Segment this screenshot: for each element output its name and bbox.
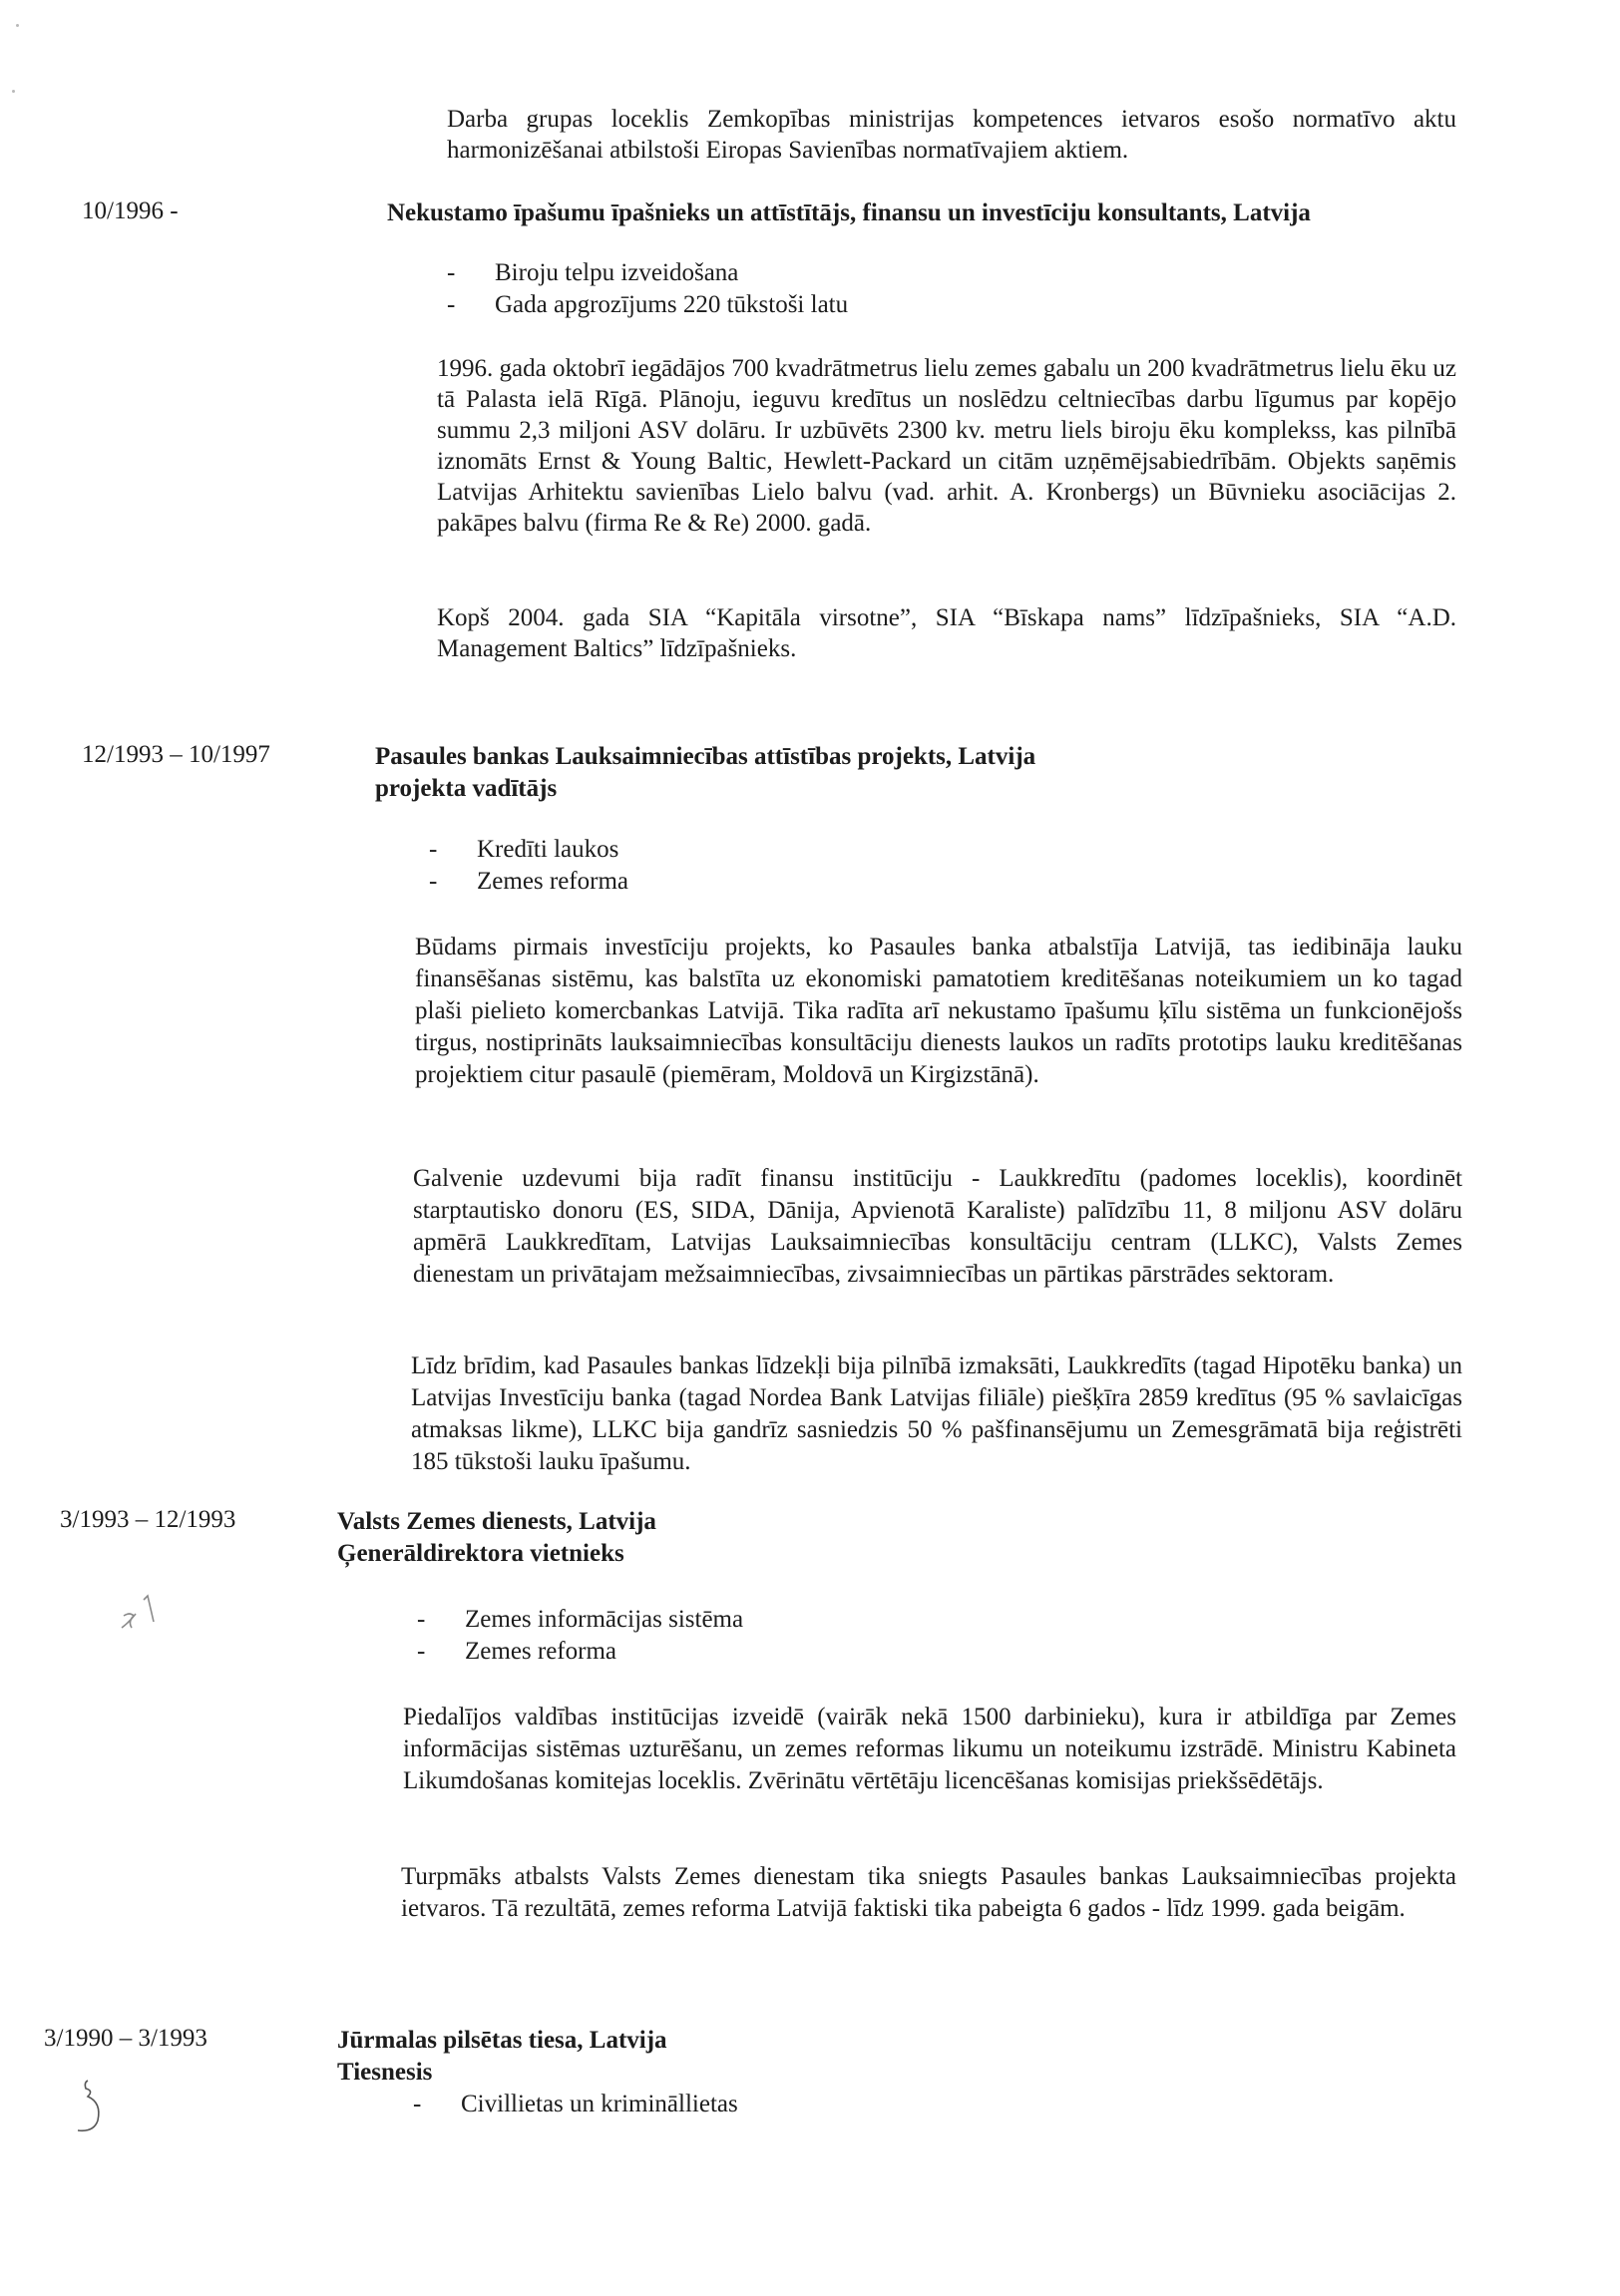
bullet-list: -Biroju telpu izveidošana -Gada apgrozīj…	[447, 257, 848, 321]
bullet-list: -Kredīti laukos -Zemes reforma	[429, 834, 628, 898]
scan-artifact	[16, 24, 19, 27]
dash-bullet-icon: -	[447, 289, 455, 321]
dash-bullet-icon: -	[447, 257, 455, 289]
dash-bullet-icon: -	[429, 866, 437, 898]
organization-name: Nekustamo īpašumu īpašnieks un attīstītā…	[387, 199, 1311, 226]
handwritten-mark	[100, 1592, 180, 1649]
entry-paragraph: Līdz brīdim, kad Pasaules bankas līdzekļ…	[411, 1350, 1462, 1478]
organization-name: Valsts Zemes dienests, Latvija	[337, 1506, 1434, 1538]
bullet-item: -Gada apgrozījums 220 tūkstoši latu	[447, 289, 848, 321]
entry-heading: Jūrmalas pilsētas tiesa, Latvija Tiesnes…	[337, 2025, 1434, 2089]
bullet-item: -Biroju telpu izveidošana	[447, 257, 848, 289]
dash-bullet-icon: -	[417, 1604, 425, 1636]
bullet-item: -Civillietas un krimināllietas	[413, 2089, 738, 2120]
bullet-item: -Kredīti laukos	[429, 834, 628, 866]
job-title: Tiesnesis	[337, 2057, 1434, 2089]
entry-date: 12/1993 – 10/1997	[82, 741, 270, 769]
job-title: Ģenerāldirektora vietnieks	[337, 1538, 1434, 1570]
entry-heading: Valsts Zemes dienests, Latvija Ģenerāldi…	[337, 1506, 1434, 1570]
dash-bullet-icon: -	[417, 1636, 425, 1668]
handwritten-page-number	[62, 2073, 122, 2149]
bullet-list: -Zemes informācijas sistēma -Zemes refor…	[417, 1604, 743, 1668]
bullet-item: -Zemes informācijas sistēma	[417, 1604, 743, 1636]
entry-paragraph: Galvenie uzdevumi bija radīt finansu ins…	[413, 1163, 1462, 1291]
entry-paragraph: Kopš 2004. gada SIA “Kapitāla virsotne”,…	[437, 602, 1456, 664]
bullet-item: -Zemes reforma	[429, 866, 628, 898]
entry-heading: Pasaules bankas Lauksaimniecības attīstī…	[375, 741, 1472, 805]
dash-bullet-icon: -	[429, 834, 437, 866]
organization-name: Pasaules bankas Lauksaimniecības attīstī…	[375, 741, 1472, 773]
entry-date: 3/1990 – 3/1993	[44, 2025, 207, 2053]
job-title: projekta vadītājs	[375, 773, 1472, 805]
intro-paragraph: Darba grupas loceklis Zemkopības ministr…	[447, 104, 1456, 166]
entry-paragraph: Piedalījos valdības institūcijas izveidē…	[403, 1702, 1456, 1797]
entry-heading: Nekustamo īpašumu īpašnieks un attīstītā…	[387, 197, 1484, 229]
dash-bullet-icon: -	[413, 2089, 421, 2120]
scan-artifact	[12, 90, 15, 93]
bullet-list: -Civillietas un krimināllietas	[413, 2089, 738, 2120]
bullet-item: -Zemes reforma	[417, 1636, 743, 1668]
entry-paragraph: 1996. gada oktobrī iegādājos 700 kvadrāt…	[437, 353, 1456, 539]
organization-name: Jūrmalas pilsētas tiesa, Latvija	[337, 2025, 1434, 2057]
entry-date: 3/1993 – 12/1993	[60, 1506, 235, 1534]
entry-paragraph: Būdams pirmais investīciju projekts, ko …	[415, 932, 1462, 1091]
entry-paragraph: Turpmāks atbalsts Valsts Zemes dienestam…	[401, 1861, 1456, 1925]
entry-date: 10/1996 -	[82, 197, 179, 225]
